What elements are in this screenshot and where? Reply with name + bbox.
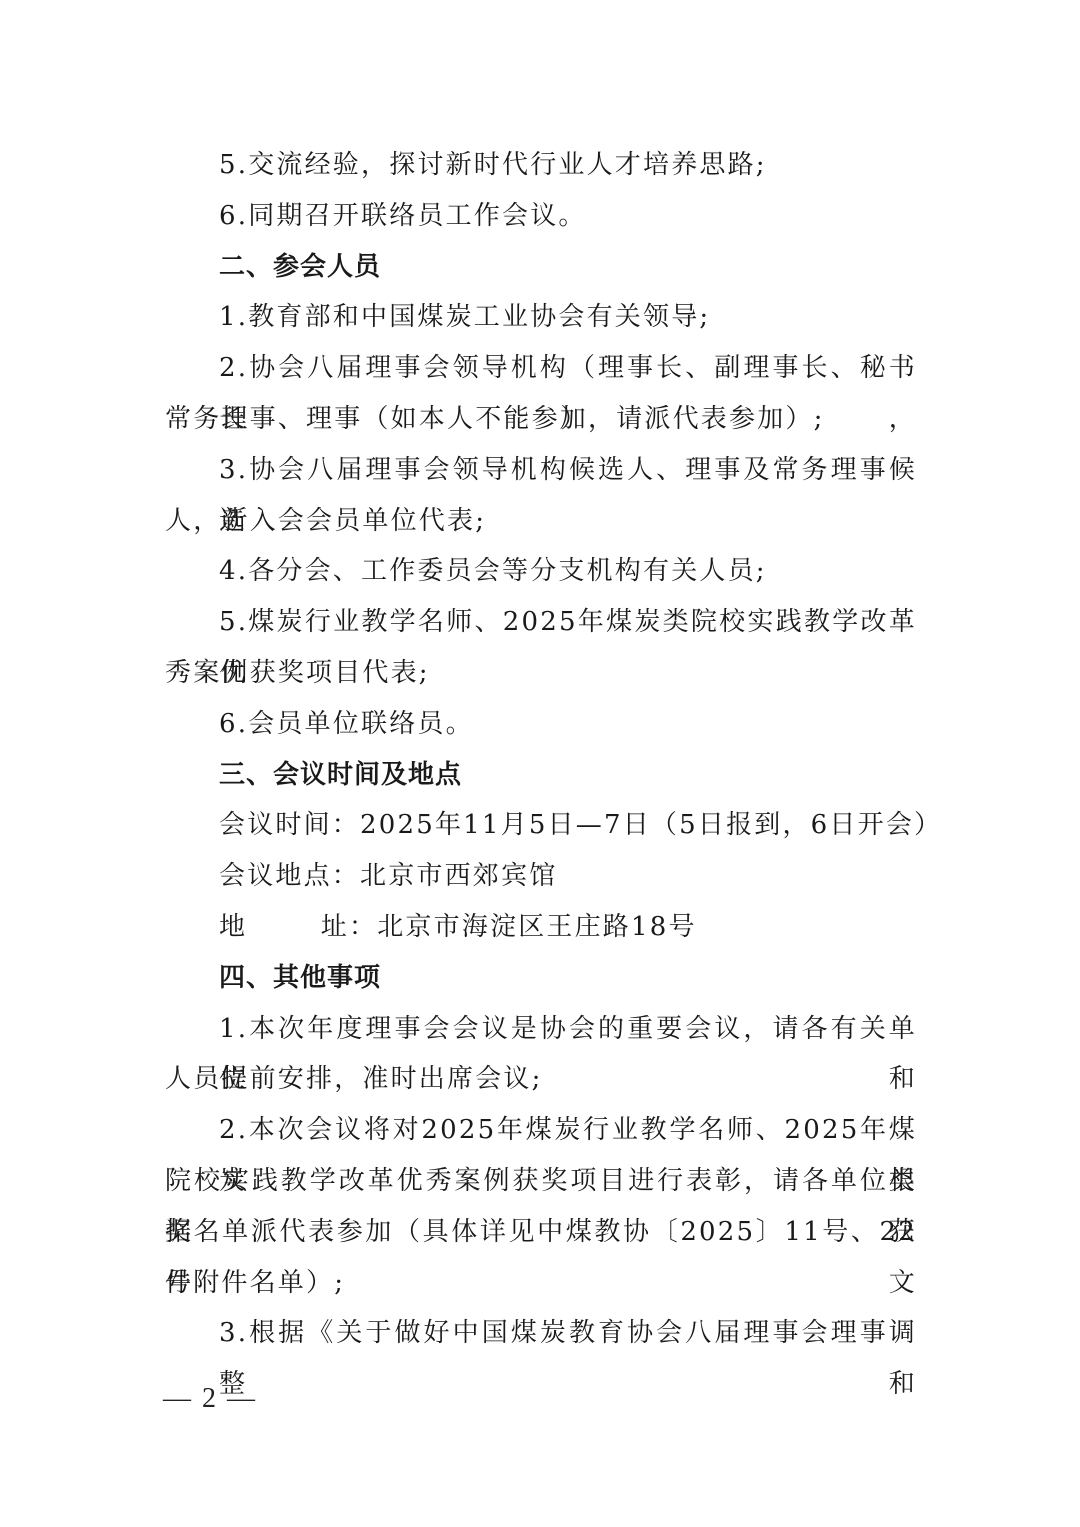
list-item: 6.会员单位联络员。 (165, 699, 917, 750)
address-value: ：北京市海淀区王庄路18号 (349, 912, 697, 942)
page-number: — 2 — (163, 1383, 257, 1415)
section-heading: 二、参会人员 (165, 242, 917, 293)
list-item: 3.根据《关于做好中国煤炭教育协会八届理事会理事调整和 (165, 1308, 917, 1359)
document-body: 5.交流经验，探讨新时代行业人才培养思路;6.同期召开联络员工作会议。二、参会人… (165, 140, 917, 1359)
list-item-continuation: 人，新入会会员单位代表; (165, 496, 917, 547)
list-item: 5.交流经验，探讨新时代行业人才培养思路; (165, 140, 917, 191)
list-item: 1.本次年度理事会会议是协会的重要会议，请各有关单位和 (165, 1004, 917, 1055)
section-heading: 四、其他事项 (165, 953, 917, 1004)
list-item: 2.本次会议将对2025年煤炭行业教学名师、2025年煤炭类 (165, 1105, 917, 1156)
list-item: 5.煤炭行业教学名师、2025年煤炭类院校实践教学改革优 (165, 597, 917, 648)
list-item: 会议时间：2025年11月5日—7日（5日报到，6日开会） (165, 800, 917, 851)
list-item: 2.协会八届理事会领导机构（理事长、副理事长、秘书长）， (165, 343, 917, 394)
list-item-continuation: 院校实践教学改革优秀案例获奖项目进行表彰，请各单位根据获 (165, 1156, 917, 1207)
address-label: 地址 (219, 902, 349, 953)
list-item: 会议地点：北京市西郊宾馆 (165, 851, 917, 902)
address-line: 地址：北京市海淀区王庄路18号 (165, 902, 917, 953)
list-item-continuation: 奖名单派代表参加（具体详见中煤教协〔2025〕11号、22号文 (165, 1207, 917, 1258)
list-item-continuation: 秀案例获奖项目代表; (165, 648, 917, 699)
list-item: 3.协会八届理事会领导机构候选人、理事及常务理事候选 (165, 445, 917, 496)
section-heading: 三、会议时间及地点 (165, 750, 917, 801)
list-item: 6.同期召开联络员工作会议。 (165, 191, 917, 242)
list-item-continuation: 常务理事、理事（如本人不能参加，请派代表参加）; (165, 394, 917, 445)
list-item: 1.教育部和中国煤炭工业协会有关领导; (165, 292, 917, 343)
list-item: 4.各分会、工作委员会等分支机构有关人员; (165, 546, 917, 597)
